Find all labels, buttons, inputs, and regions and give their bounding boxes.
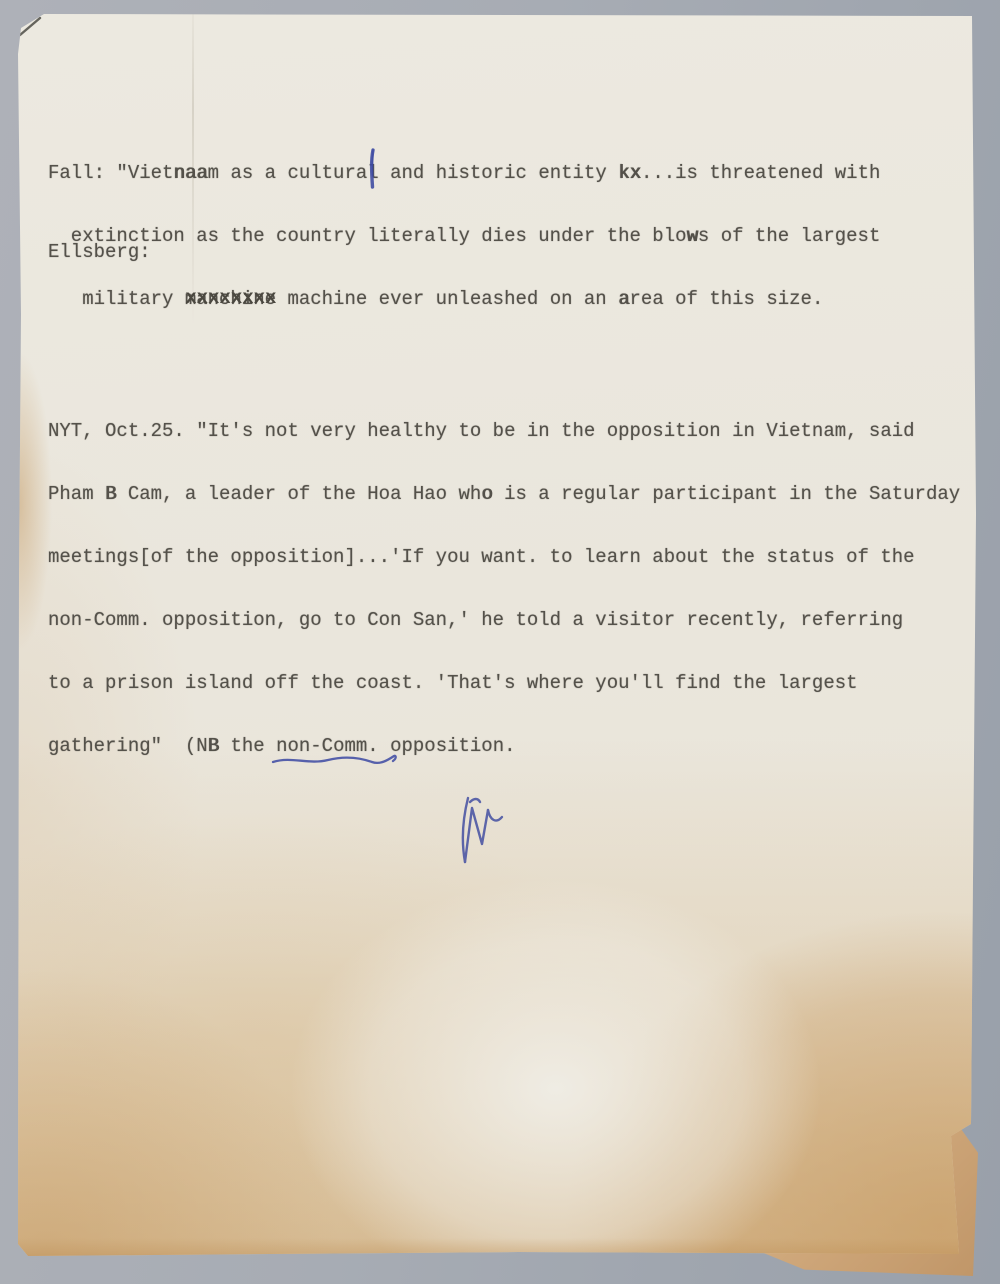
struck-word: manchinexxxxxxxx [185,288,276,310]
typed-text: is a regular participant in the Saturday [493,483,960,505]
paragraph-ellsberg: Ellsberg: [48,200,151,305]
pen-scribble-icon [452,786,508,878]
overstruck-text: naa [173,162,207,184]
typed-line: Fall: "Vietnaam as a cultural and histor… [48,163,880,184]
typed-text: Cam, a leader of the Hoa Hao wh [116,483,481,505]
overstruck-text: w [687,225,698,247]
typed-text: Ellsberg: [48,241,151,263]
pen-marked-letter: l [367,162,378,184]
corner-fold-mark [18,14,52,44]
xout-overlay: xxxxxxxx [185,288,276,309]
typed-text: machine ever unleashed on an [276,288,618,310]
paragraph-fall-quote: Fall: "Vietnaam as a cultural and histor… [48,121,880,352]
typed-text: ...is threatened with [641,162,880,184]
pen-stroke-icon [365,147,381,195]
typed-line: non-Comm. opposition, go to Con San,' he… [48,610,960,631]
typed-text: Pham [48,483,105,505]
typed-text: to a prison island off the coast. 'That'… [48,672,858,694]
overstruck-text: o [481,483,492,505]
typed-text: m as a cultura [208,162,368,184]
pen-underline-icon [270,752,402,770]
typed-text: and historic entity [379,162,618,184]
overstruck-text: a [618,288,629,310]
typed-line: Ellsberg: [48,242,151,263]
typed-text: NYT, Oct.25. "It's not very healthy to b… [48,420,915,442]
document-page: Fall: "Vietnaam as a cultural and histor… [18,14,978,1264]
typed-text: gathering" (N [48,735,208,757]
typed-line: Pham B Cam, a leader of the Hoa Hao who … [48,484,960,505]
typed-line: military manchinexxxxxxxx machine ever u… [48,289,880,310]
typed-line: extinction as the country literally dies… [48,226,880,247]
overstruck-text: B [105,483,116,505]
typed-text: the [219,735,276,757]
paragraph-nyt-quote: NYT, Oct.25. "It's not very healthy to b… [48,379,960,799]
overstruck-text: B [208,735,219,757]
typed-text: non-Comm. opposition, go to Con San,' he… [48,609,903,631]
scan-background: Fall: "Vietnaam as a cultural and histor… [0,0,1000,1284]
typed-text: rea of this size. [630,288,824,310]
typed-line: gathering" (NB the non-Comm. opposition. [48,736,960,757]
typed-text: s of the largest [698,225,880,247]
pen-underlined-text: non-Comm. [276,735,379,757]
typed-line: meetings[of the opposition]...'If you wa… [48,547,960,568]
typed-text: Fall: "Viet [48,162,173,184]
overstruck-text: kx [618,162,641,184]
typed-line: to a prison island off the coast. 'That'… [48,673,960,694]
typed-line: NYT, Oct.25. "It's not very healthy to b… [48,421,960,442]
typed-text: meetings[of the opposition]...'If you wa… [48,546,915,568]
